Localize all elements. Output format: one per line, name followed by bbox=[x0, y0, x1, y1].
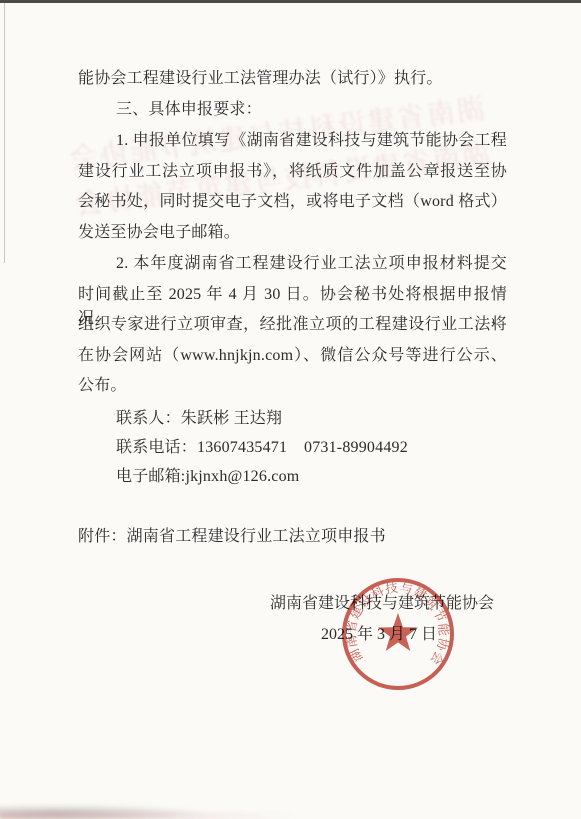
section-heading: 三、具体申报要求： bbox=[78, 98, 507, 122]
body-line: 在协会网站（www.hnjkjn.com）、微信公众号等进行公示、 bbox=[78, 344, 507, 368]
attachment-line: 附件：湖南省工程建设行业工法立项申报书 bbox=[78, 525, 507, 549]
body-line: 1. 申报单位填写《湖南省建设科技与建筑节能协会工程 bbox=[78, 129, 507, 153]
scan-edge-left bbox=[4, 3, 5, 263]
scanned-document-page: 湖南省建设科技与建筑节能协会 湖南省建设科技与建筑节能协会 能协会工程建设行业工… bbox=[0, 0, 581, 819]
scan-edge-top bbox=[0, 0, 581, 3]
body-line: 公布。 bbox=[78, 374, 507, 398]
body-line: 发送至协会电子邮箱。 bbox=[78, 221, 507, 245]
contact-email-line: 电子邮箱:jkjnxh@126.com bbox=[78, 465, 507, 489]
signature-date: 2025 年 3 月 7 日 bbox=[321, 623, 437, 647]
body-line: 能协会工程建设行业工法管理办法（试行）》执行。 bbox=[78, 67, 507, 91]
body-line: 建设行业工法立项申报书》，将纸质文件加盖公章报送至协 bbox=[78, 160, 507, 184]
contact-person-line: 联系人：朱跃彬 王达翔 bbox=[78, 407, 507, 431]
body-line: 组织专家进行立项审查，经批准立项的工程建设行业工法将 bbox=[78, 313, 507, 337]
contact-phone-line: 联系电话：13607435471 0731-89904492 bbox=[78, 436, 507, 460]
body-line: 2. 本年度湖南省工程建设行业工法立项申报材料提交 bbox=[78, 252, 507, 276]
body-line: 会秘书处，同时提交电子文档，或将电子文档（word 格式） bbox=[78, 190, 507, 214]
signature-org: 湖南省建设科技与建筑节能协会 bbox=[270, 592, 494, 616]
scan-smear-pink bbox=[0, 812, 300, 819]
